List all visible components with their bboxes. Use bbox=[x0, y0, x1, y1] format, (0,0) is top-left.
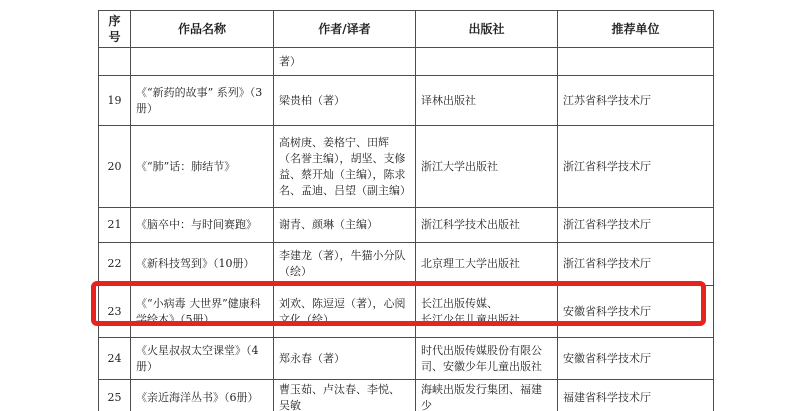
cell-author: 李建龙（著），牛猫小分队（绘） bbox=[274, 243, 416, 286]
cell-author: 郑永春（著） bbox=[274, 338, 416, 380]
table-row: 22 《新科技驾到》（10册） 李建龙（著），牛猫小分队（绘） 北京理工大学出版… bbox=[99, 243, 714, 286]
cell-title: 《脑卒中：与时间赛跑》 bbox=[131, 208, 274, 243]
table-row: 20 《“肺”话：肺结节》 高树庚、姜格宁、田辉（名誉主编），胡坚、支修益、蔡开… bbox=[99, 126, 714, 208]
cell-publisher: 北京理工大学出版社 bbox=[416, 243, 558, 286]
table-row: 21 《脑卒中：与时间赛跑》 谢青、颜琳（主编） 浙江科学技术出版社 浙江省科学… bbox=[99, 208, 714, 243]
cell-number: 20 bbox=[99, 126, 131, 208]
cell-number: 22 bbox=[99, 243, 131, 286]
cell-author: 谢青、颜琳（主编） bbox=[274, 208, 416, 243]
cell-number bbox=[99, 48, 131, 76]
table-row: 24 《火星叔叔太空课堂》（4册） 郑永春（著） 时代出版传媒股份有限公司、安徽… bbox=[99, 338, 714, 380]
cell-recommender: 浙江省科学技术厅 bbox=[558, 243, 714, 286]
header-recommender: 推荐单位 bbox=[558, 11, 714, 48]
header-author: 作者/译者 bbox=[274, 11, 416, 48]
cell-publisher: 海峡出版发行集团、福建少 bbox=[416, 380, 558, 411]
cell-number: 24 bbox=[99, 338, 131, 380]
cell-recommender: 安徽省科学技术厅 bbox=[558, 338, 714, 380]
cell-publisher: 长江出版传媒、 长江少年儿童出版社 bbox=[416, 286, 558, 338]
cell-recommender: 江苏省科学技术厅 bbox=[558, 76, 714, 126]
cell-title: 《“小病毒 大世界”健康科学绘本》（5册） bbox=[131, 286, 274, 338]
cell-recommender: 安徽省科学技术厅 bbox=[558, 286, 714, 338]
cell-recommender: 福建省科学技术厅 bbox=[558, 380, 714, 411]
cell-author: 梁贵柏（著） bbox=[274, 76, 416, 126]
cell-title: 《新科技驾到》（10册） bbox=[131, 243, 274, 286]
table-row-highlighted: 23 《“小病毒 大世界”健康科学绘本》（5册） 刘欢、陈逗逗（著），心阅文化（… bbox=[99, 286, 714, 338]
header-number: 序号 bbox=[99, 11, 131, 48]
cell-publisher: 浙江科学技术出版社 bbox=[416, 208, 558, 243]
recommended-books-table: 序号 作品名称 作者/译者 出版社 推荐单位 著） 19 《“新药的故事” 系列… bbox=[98, 10, 714, 411]
cell-author: 曹玉茹、卢汰春、李悦、吴敏 bbox=[274, 380, 416, 411]
cell-number: 19 bbox=[99, 76, 131, 126]
cell-publisher: 时代出版传媒股份有限公司、安徽少年儿童出版社 bbox=[416, 338, 558, 380]
document-page: 序号 作品名称 作者/译者 出版社 推荐单位 著） 19 《“新药的故事” 系列… bbox=[0, 0, 800, 411]
cell-title bbox=[131, 48, 274, 76]
cell-author: 著） bbox=[274, 48, 416, 76]
cell-recommender: 浙江省科学技术厅 bbox=[558, 126, 714, 208]
cell-publisher: 译林出版社 bbox=[416, 76, 558, 126]
table-row: 25 《亲近海洋丛书》（6册） 曹玉茹、卢汰春、李悦、吴敏 海峡出版发行集团、福… bbox=[99, 380, 714, 411]
cell-recommender bbox=[558, 48, 714, 76]
cell-author: 高树庚、姜格宁、田辉（名誉主编），胡坚、支修益、蔡开灿（主编），陈求名、孟迪、吕… bbox=[274, 126, 416, 208]
header-publisher: 出版社 bbox=[416, 11, 558, 48]
table-row: 19 《“新药的故事” 系列》（3册） 梁贵柏（著） 译林出版社 江苏省科学技术… bbox=[99, 76, 714, 126]
cell-author: 刘欢、陈逗逗（著），心阅文化（绘） bbox=[274, 286, 416, 338]
cell-publisher: 浙江大学出版社 bbox=[416, 126, 558, 208]
table-header-row: 序号 作品名称 作者/译者 出版社 推荐单位 bbox=[99, 11, 714, 48]
table-row-partial: 著） bbox=[99, 48, 714, 76]
cell-number: 23 bbox=[99, 286, 131, 338]
cell-title: 《“肺”话：肺结节》 bbox=[131, 126, 274, 208]
header-title: 作品名称 bbox=[131, 11, 274, 48]
cell-recommender: 浙江省科学技术厅 bbox=[558, 208, 714, 243]
cell-title: 《火星叔叔太空课堂》（4册） bbox=[131, 338, 274, 380]
cell-number: 21 bbox=[99, 208, 131, 243]
cell-publisher bbox=[416, 48, 558, 76]
cell-number: 25 bbox=[99, 380, 131, 411]
cell-title: 《亲近海洋丛书》（6册） bbox=[131, 380, 274, 411]
cell-title: 《“新药的故事” 系列》（3册） bbox=[131, 76, 274, 126]
